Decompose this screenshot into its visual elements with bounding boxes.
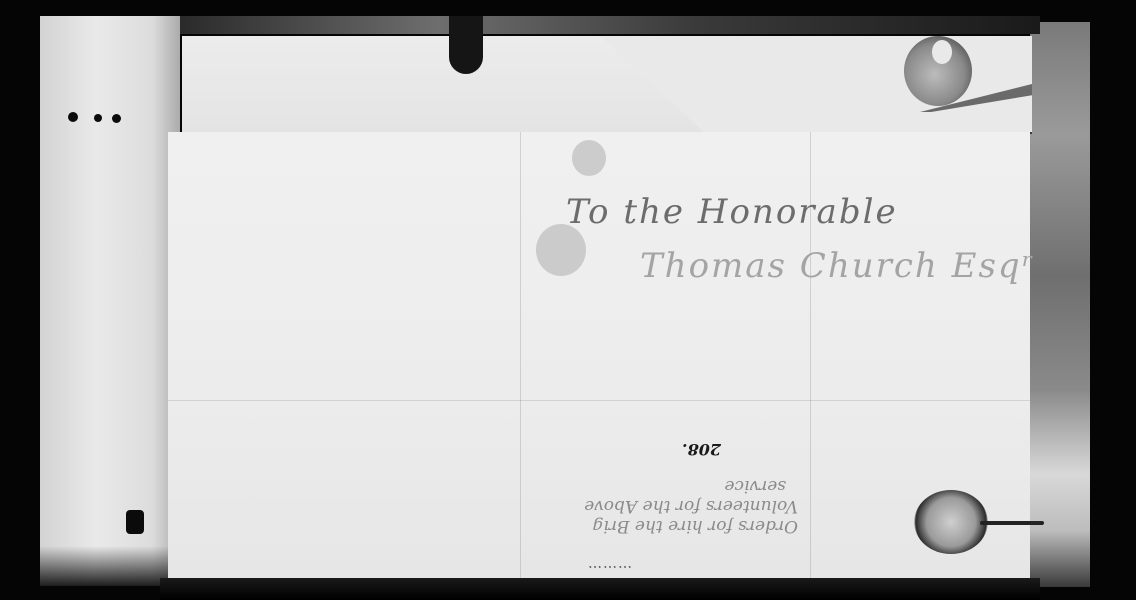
address-line-1: To the Honorable [566,192,898,232]
document-number: 208. [682,440,721,459]
docket-line: Volunteers for the Above [548,496,798,516]
punch-hole [94,114,102,122]
address-line-2: Thomas Church Esqʳ [640,246,1035,286]
docket-line: Orders for hire the Brig [548,516,798,536]
docket-inverted: Orders for hire the Brig Volunteers for … [548,476,798,536]
ink-blot [126,510,144,534]
punch-hole [112,114,121,123]
docket-line: service [548,476,798,496]
backing-sheet-left [40,16,180,586]
wax-seal-top-icon [904,36,972,106]
wax-seal-bottom-icon [914,490,988,554]
water-stain [572,140,606,176]
top-shadow-band [180,16,1040,34]
fold-line-vertical [520,132,521,578]
binding-clip-icon [449,16,483,74]
bottom-edge-text: ……… [588,562,633,578]
bottom-edge-shadow [160,578,1040,600]
punch-hole [68,112,78,122]
seal-string [980,521,1044,525]
backing-sheet-right [1030,22,1090,587]
fold-line-horizontal [168,400,1030,401]
